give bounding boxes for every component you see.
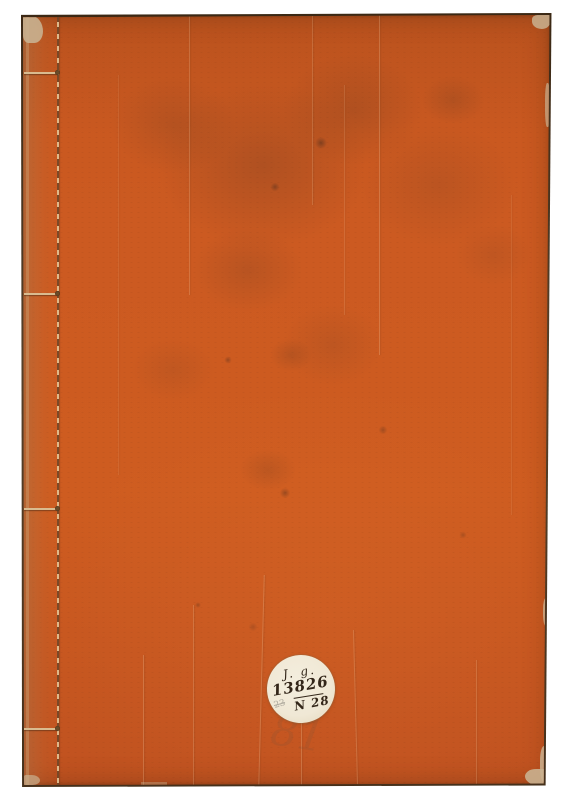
edge-wear-right-lower [543,598,550,626]
binding-spine-strip [23,15,58,785]
cover-crease [312,15,313,205]
photo-background: 81 J. g. 13826 23 N 28 [0,0,573,800]
corner-wear-bottom-right [525,769,549,785]
binding-stitch-3 [24,508,58,510]
cover-crease [189,15,190,295]
stitch-knot-4 [55,726,60,731]
cover-crease [143,655,144,787]
cover-crease [344,85,345,315]
corner-wear-top-left [23,16,43,43]
corner-wear-top-right [532,15,550,29]
spine-wear-streak [26,15,29,785]
stitch-knot-2 [55,291,60,296]
pencil-scribble: 23 [273,700,286,712]
cover-crease [258,575,265,787]
cover-crease [353,630,358,787]
cover-crease [476,660,477,787]
binding-stitch-2 [24,293,58,295]
corner-wear-bottom-left [24,775,40,785]
cover-crease [193,605,194,787]
cover-paper: 81 J. g. 13826 23 N 28 [23,15,550,785]
cover-crease [379,15,380,355]
binding-stitch-4 [24,728,58,730]
edge-wear-bottom-dash [141,782,167,785]
stitch-knot-1 [55,70,60,75]
stitch-knot-3 [55,506,60,511]
binding-thread-vertical [57,15,59,785]
edge-wear-right-upper [545,83,550,127]
label-fraction: N 28 [288,694,331,712]
cover-crease [118,75,119,475]
book-cover: 81 J. g. 13826 23 N 28 [21,13,552,787]
cover-crease [511,195,512,515]
binding-stitch-1 [24,72,58,74]
